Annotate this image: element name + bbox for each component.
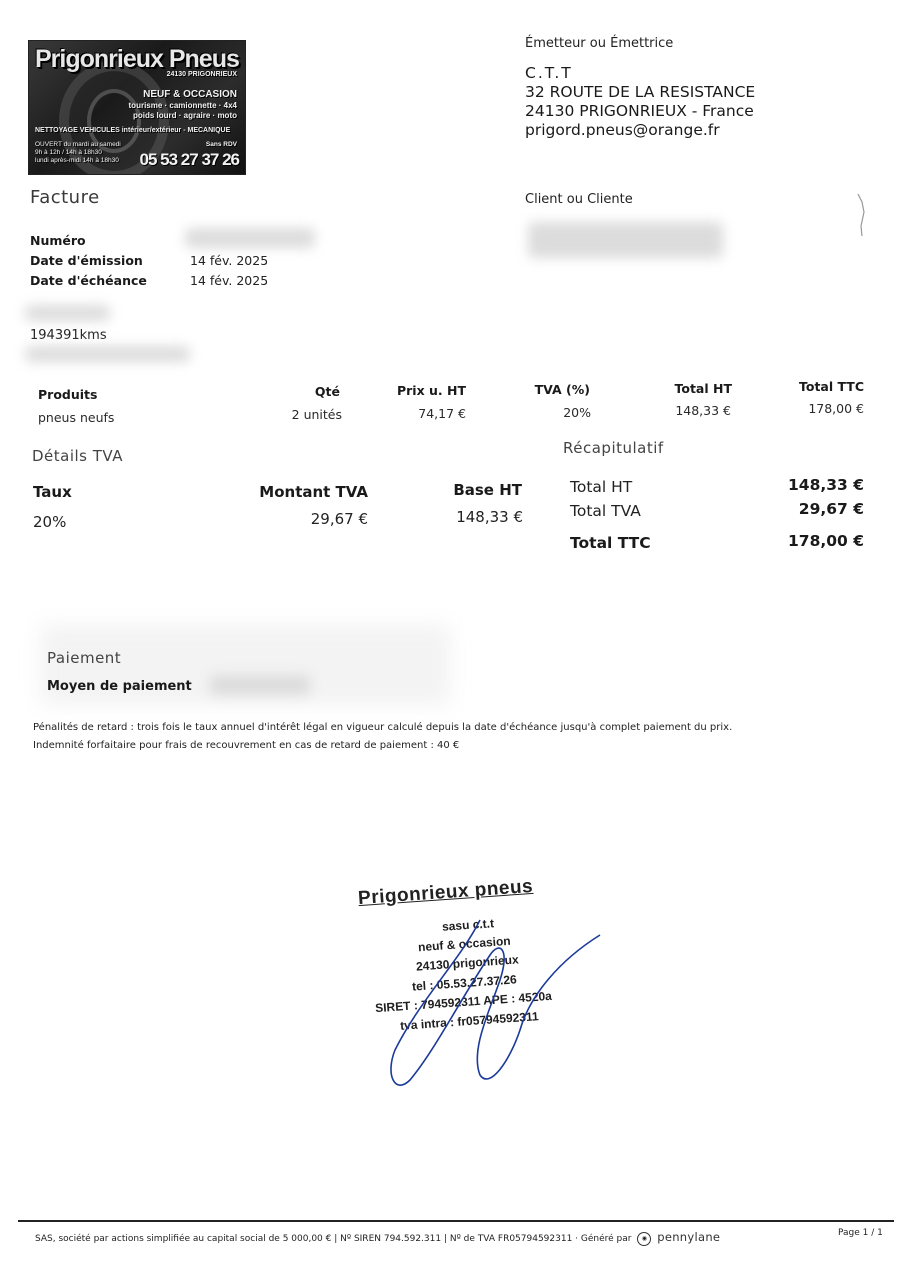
client-label: Client ou Cliente [525,192,633,207]
document-title: Facture [30,187,100,208]
emitter-block: C.T.T 32 ROUTE DE LA RESISTANCE 24130 PR… [525,64,755,140]
col-header-unit-price: Prix u. HT [380,383,466,398]
issue-date-label: Date d'émission [30,253,143,268]
col-header-vat: TVA (%) [510,382,590,397]
summary-total-ttc-label: Total TTC [570,534,651,552]
emitter-address-2: 24130 PRIGONRIEUX - France [525,102,755,121]
company-logo: Prigonrieux Pneus 24130 PRIGONRIEUX NEUF… [28,40,246,175]
emitter-email: prigord.pneus@orange.fr [525,121,755,140]
payment-method-label: Moyen de paiement [47,679,192,694]
logo-types-1: tourisme · camionnette · 4x4 [129,101,237,110]
logo-location: 24130 PRIGONRIEUX [167,71,237,78]
payment-title: Paiement [47,649,121,667]
col-header-product: Produits [38,387,97,402]
number-redacted [185,228,315,248]
due-date-label: Date d'échéance [30,273,147,288]
logo-hours-line: lundi après-midi 14h à 18h30 [35,157,121,165]
col-header-total-ht: Total HT [640,381,732,396]
logo-hours-line: 9h à 12h / 14h à 18h30 [35,149,121,157]
logo-hours-line: OUVERT du mardi au samedi [35,141,121,149]
vat-col-amount: Montant TVA [230,483,368,501]
summary-total-tva-label: Total TVA [570,502,641,520]
vat-rate-value: 20% [33,513,66,531]
plate-redacted [25,346,190,362]
footer-company-info: SAS, société par actions simplifiée au c… [35,1234,631,1244]
col-header-total-ttc: Total TTC [770,379,864,394]
payment-method-redacted [210,675,310,695]
logo-services: NETTOYAGE VEHICULES intérieur/extérieur … [35,127,230,134]
footer-generator: pennylane [657,1230,720,1244]
scan-mark [852,192,872,242]
page-number: Page 1 / 1 [838,1228,883,1238]
vat-amount-value: 29,67 € [230,510,368,528]
number-label: Numéro [30,233,86,248]
footer-divider [18,1220,894,1222]
footer-legal: SAS, société par actions simplifiée au c… [35,1230,720,1246]
pennylane-logo-icon: ◉ [637,1232,651,1246]
vehicle-redacted [25,305,110,321]
issue-date-value: 14 fév. 2025 [190,253,268,268]
summary-total-tva-value: 29,67 € [700,500,864,518]
signature-icon [350,880,610,1100]
mileage: 194391kms [30,328,107,343]
emitter-address-1: 32 ROUTE DE LA RESISTANCE [525,83,755,102]
logo-tagline: NEUF & OCCASION [143,89,237,100]
logo-title: Prigonrieux Pneus [35,45,239,74]
product-unit-price: 74,17 € [380,406,466,421]
vat-col-base: Base HT [420,481,522,499]
emitter-label: Émetteur ou Émettrice [525,36,673,51]
product-total-ttc: 178,00 € [770,401,864,416]
summary-title: Récapitulatif [563,439,664,457]
logo-phone: 05 53 27 37 26 [140,150,239,170]
product-total-ht: 148,33 € [640,403,731,418]
legal-indemnity: Indemnité forfaitaire pour frais de reco… [33,740,459,751]
due-date-value: 14 fév. 2025 [190,273,268,288]
col-header-qty: Qté [260,384,340,399]
vat-base-value: 148,33 € [420,508,523,526]
emitter-name: C.T.T [525,64,755,83]
legal-penalties: Pénalités de retard : trois fois le taux… [33,722,732,733]
vat-col-rate: Taux [33,483,72,501]
logo-appointment: Sans RDV [206,141,237,148]
summary-total-ttc-value: 178,00 € [700,532,864,550]
logo-types-2: poids lourd · agraire · moto [133,111,237,120]
logo-hours: OUVERT du mardi au samedi 9h à 12h / 14h… [35,141,121,165]
product-name: pneus neufs [38,410,114,425]
summary-total-ht-value: 148,33 € [700,476,864,494]
product-qty: 2 unités [260,407,342,422]
company-stamp: Prigonrieux pneus sasu c.t.t neuf & occa… [350,880,600,1100]
vat-details-title: Détails TVA [32,447,123,465]
product-vat-rate: 20% [510,405,591,420]
client-redacted [528,222,723,258]
summary-total-ht-label: Total HT [570,478,632,496]
